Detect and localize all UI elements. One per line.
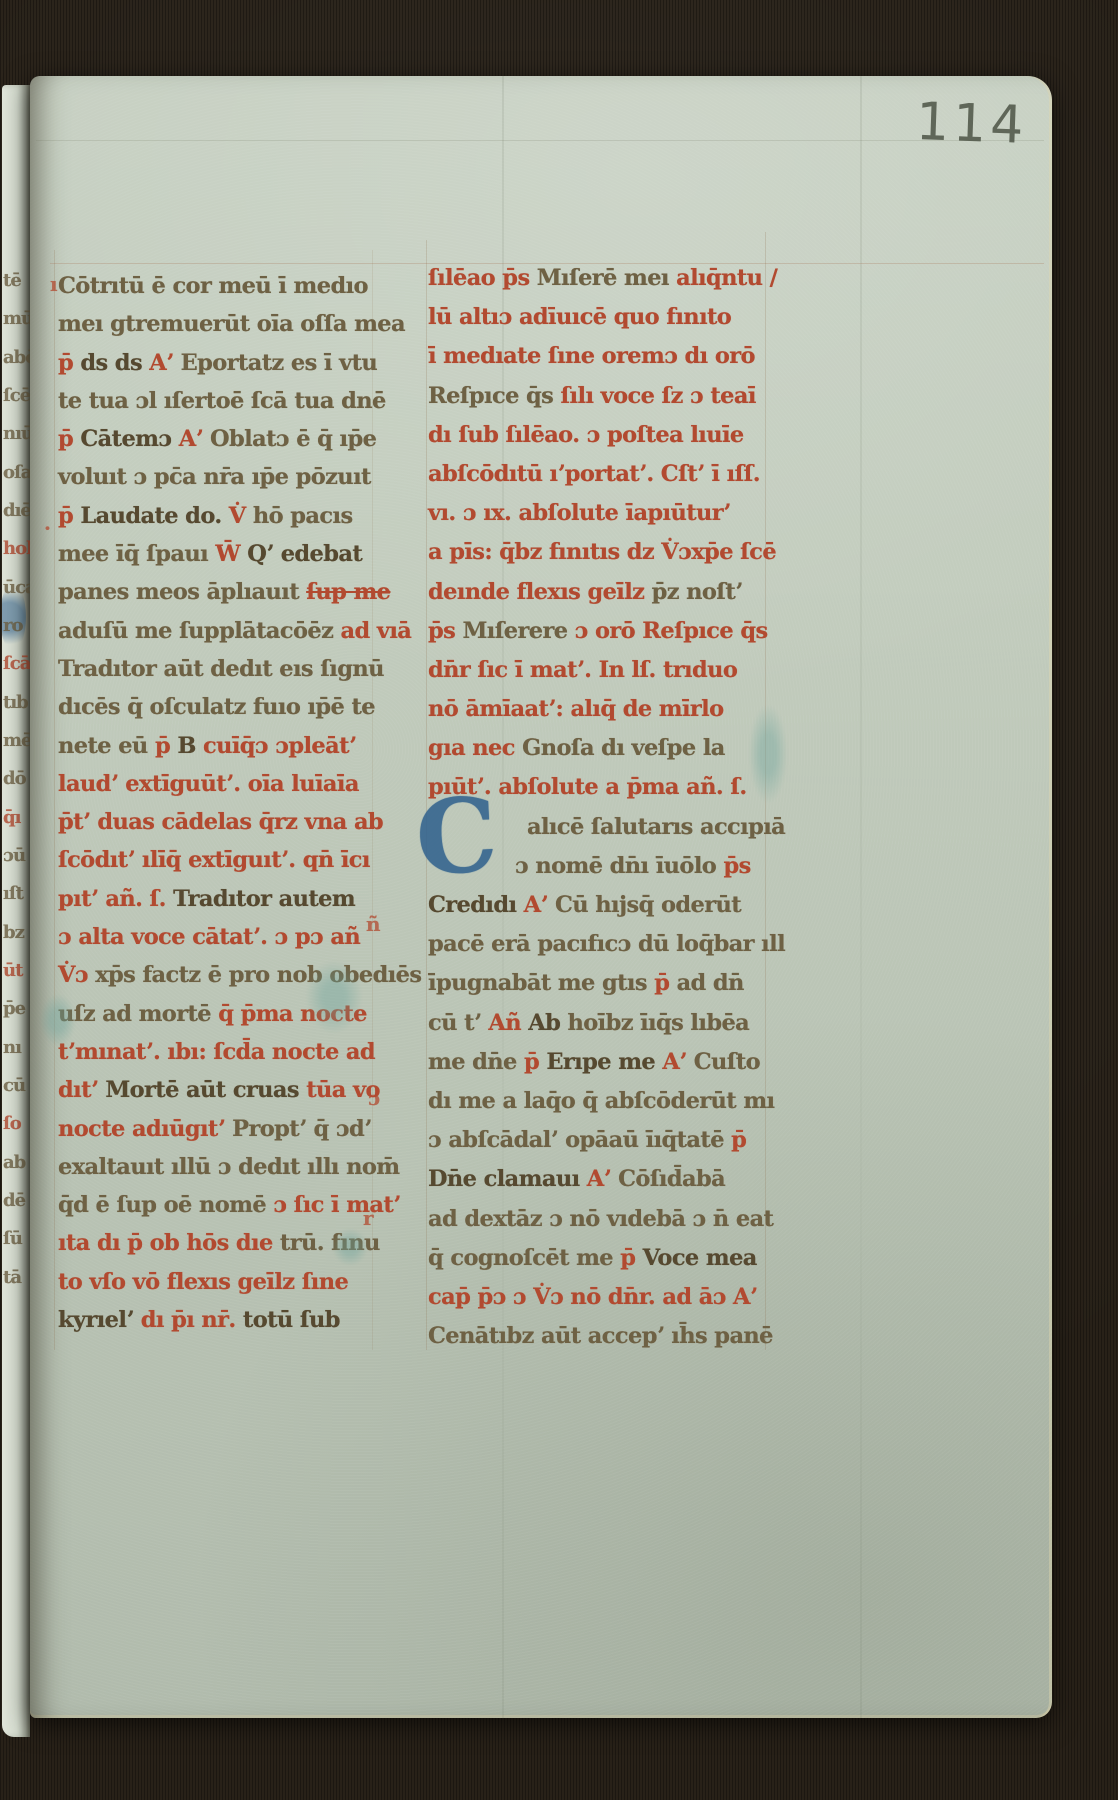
text-line: abſcōdıtū ıʼportatʼ. Cſtʼ ī ıſſ. <box>428 456 780 495</box>
text-segment: dıtʼ <box>58 1077 105 1103</box>
photo-stage: tēmūaabōſcēnıūoſadıēholūcaroſcātıbmēdōq̄… <box>0 0 1118 1800</box>
text-segment: Cātemɔ <box>80 426 178 452</box>
ink-smudge <box>326 1222 374 1272</box>
text-segment: q̄ cognoſcēt me <box>428 1245 620 1271</box>
facing-page-text-fragment: tē <box>3 270 21 291</box>
text-segment: hoībz īıq̄s lıbēa <box>567 1010 749 1036</box>
text-segment: p̄ <box>58 503 80 529</box>
text-segment: meı gtremuerūt oīa oſſa mea <box>58 311 405 337</box>
text-segment: Mıſerere <box>462 618 574 644</box>
text-line: dıtʼ Mortē aūt cruas tūa vo <box>58 1072 374 1110</box>
page-crease <box>860 76 862 1718</box>
text-segment: p̄tʼ duas cādelas q̄rz vna ab <box>58 809 383 835</box>
text-segment: ad dextāz ɔ nō vıdebā ɔ n̄ eat <box>428 1206 773 1232</box>
text-segment: Añ <box>488 1010 528 1036</box>
text-segment: totū ſub <box>243 1307 340 1333</box>
ink-smudge <box>296 948 372 1046</box>
text-line: vı. ɔ ıx. abſolute īapıūturʼ <box>428 495 780 534</box>
text-line: pıtʼ añ. ſ. Tradıtor autem <box>58 881 374 919</box>
text-segment: ɔ nomē dn̄ı īuōlo <box>515 853 723 879</box>
text-line: deınde flexıs geīlz p̄z noſtʼ <box>428 574 780 613</box>
text-segment: Cuſto <box>694 1049 760 1075</box>
text-line: nete eū p̄ B cuīq̄ɔ ɔpleātʼ <box>58 728 374 766</box>
text-line: nocte adıūgıtʼ Proptʼ q̄ ɔdʼ <box>58 1111 374 1149</box>
folio-number: 114 <box>915 92 1028 156</box>
text-line: ſcōdıtʼ ılīq̄ extīguıtʼ. qn̄ īcı <box>58 842 374 880</box>
facing-page-text-fragment: ɔū <box>3 845 25 866</box>
text-segment: Mıſerē meı <box>537 265 676 291</box>
text-line: aduſū me ſupplātacōēz ad vıā <box>58 613 374 651</box>
text-segment: V̇ɔ <box>58 962 95 988</box>
text-line: ad dextāz ɔ nō vıdebā ɔ n̄ eat <box>428 1201 780 1240</box>
facing-page-text-fragment: p̄e <box>3 998 25 1019</box>
text-line: dn̄r ſıc ī matʼ. In lſ. trıduo <box>428 652 780 691</box>
text-segment: panes meos āplıauıt <box>58 579 306 605</box>
text-segment: Aʼ <box>662 1049 693 1075</box>
text-segment: ıta dı p̄ ob hōs dıe <box>58 1230 280 1256</box>
facing-page-text-fragment: mē <box>3 730 30 751</box>
ruling-line <box>36 140 1044 141</box>
text-segment: Aʼ <box>179 426 210 452</box>
facing-page-text-fragment: bz <box>3 922 24 943</box>
text-segment: p̄s <box>723 853 750 879</box>
facing-page-text-fragment: cū <box>3 1075 25 1096</box>
text-line: p̄ ds ds Aʼ Eportatz es ī vtu <box>58 345 374 383</box>
text-segment: Voce mea <box>643 1245 757 1271</box>
ink-smudge <box>742 688 794 820</box>
text-segment: aduſū me ſupplātacōēz <box>58 618 341 644</box>
text-line: kyrıelʼ dı p̄ı nr̄. totū ſub <box>58 1302 374 1340</box>
text-segment: cap̄ p̄ɔ ɔ V̇ɔ nō dn̄r. ad āɔ Aʼ <box>428 1284 757 1310</box>
text-segment: Tradıtor aūt dedıt eıs ſıgnū <box>58 656 384 682</box>
text-segment: Oblatɔ ē q̄ ıp̄e <box>210 426 376 452</box>
text-segment: dı p̄ı nr̄. <box>141 1307 243 1333</box>
ruling-line <box>54 250 55 1350</box>
text-segment: p̄ <box>620 1245 642 1271</box>
left-column: Cōtrıtū ē cor meū ī medıomeı gtremuerūt … <box>58 268 374 1340</box>
facing-page-text-fragment: ſū <box>3 1228 22 1249</box>
text-segment: uſz ad mortē <box>58 1001 218 1027</box>
facing-page-edge: tēmūaabōſcēnıūoſadıēholūcaroſcātıbmēdōq̄… <box>2 85 30 1737</box>
text-segment: cū tʼ <box>428 1010 488 1036</box>
initial-letter: C <box>414 792 500 882</box>
text-segment: Erıpe me <box>546 1049 662 1075</box>
text-line: to vſo vō flexıs geīlz ſıne <box>58 1264 374 1302</box>
text-segment: p̄ <box>731 1127 746 1153</box>
text-segment: Mortē aūt cruas <box>105 1077 306 1103</box>
text-segment: Proptʼ q̄ ɔdʼ <box>232 1116 371 1142</box>
text-segment: te tua ɔl ıſertoē ſcā tua dnē <box>58 388 386 414</box>
text-segment: nō āmīaatʼ: alıq̄ de mīrlo <box>428 696 724 722</box>
text-segment: W̄ <box>215 541 247 567</box>
text-segment: alıq̄ntu / <box>676 265 777 291</box>
text-segment: to vſo vō flexıs geīlz ſıne <box>58 1269 348 1295</box>
text-line: ɔ abſcādalʼ opāaū īıq̄tatē p̄ <box>428 1122 780 1161</box>
text-line: īpugnabāt me gtıs p̄ ad dn̄ <box>428 965 780 1004</box>
text-segment: B <box>177 733 203 759</box>
text-segment: p̄ <box>654 970 676 996</box>
text-line: Cōtrıtū ē cor meū ī medıo <box>58 268 374 306</box>
text-segment: me dn̄e <box>428 1049 524 1075</box>
text-segment: Cenātıbz aūt accepʼ ıh̄s panē <box>428 1323 773 1349</box>
text-line: te tua ɔl ıſertoē ſcā tua dnē <box>58 383 374 421</box>
margin-mark: ñ <box>366 912 381 936</box>
facing-page-text-fragment: abō <box>3 347 30 368</box>
text-line: mee īq̄ ſpauı W̄ Qʼ edebat <box>58 536 374 574</box>
text-segment: nocte adıūgıtʼ <box>58 1116 232 1142</box>
text-segment: p̄ <box>58 350 80 376</box>
margin-mark: ı <box>50 272 58 296</box>
text-segment: ds ds <box>80 350 149 376</box>
text-line: panes meos āplıauıt ſup me <box>58 574 374 612</box>
text-segment: ad dn̄ <box>677 970 744 996</box>
text-segment: ad vıā <box>341 618 412 644</box>
text-segment: p̄ <box>155 733 177 759</box>
facing-page-text-fragment: ro <box>3 615 23 636</box>
facing-page-text-fragment: ab <box>3 1152 25 1173</box>
facing-page-text-fragment: nıū <box>3 423 30 444</box>
text-segment: p̄ <box>58 426 80 452</box>
text-segment: laudʼ extīguūtʼ. oīa luīaīa <box>58 771 359 797</box>
text-line: Dn̄e clamauı Aʼ Cōſıd̄abā <box>428 1161 780 1200</box>
text-line: laudʼ extīguūtʼ. oīa luīaīa <box>58 766 374 804</box>
text-segment: ſup me <box>306 579 390 605</box>
text-segment: cuīq̄ɔ ɔpleātʼ <box>203 733 356 759</box>
facing-page-text-fragment: ſo <box>3 1113 21 1134</box>
text-segment: Laudate do. <box>80 503 228 529</box>
text-line: gıa nec Gnoſa dı veſpe la <box>428 730 780 769</box>
facing-page-text-fragment: mūa <box>3 308 30 329</box>
text-segment: Aʼ <box>524 892 555 918</box>
text-line: Tradıtor aūt dedıt eıs ſıgnū <box>58 651 374 689</box>
text-segment: exaltauıt ıllū ɔ dedıt ıllı nom̄ <box>58 1154 399 1180</box>
text-line: Reſpıce q̄s ſılı voce ſz ɔ teaī <box>428 378 780 417</box>
text-segment: Tradıtor autem <box>173 886 355 912</box>
text-line: q̄ cognoſcēt me p̄ Voce mea <box>428 1240 780 1279</box>
text-segment: q̄d ē ſup oē nomē <box>58 1192 273 1218</box>
text-segment: Ab <box>528 1010 567 1036</box>
facing-page-text-fragment: ıſt <box>3 883 23 904</box>
text-segment: kyrıelʼ <box>58 1307 141 1333</box>
text-line: lū altıɔ adīuıcē quo fınıto <box>428 299 780 338</box>
text-segment: V̇ <box>229 503 253 529</box>
text-segment: p̄z noſtʼ <box>652 579 743 605</box>
text-segment: ſılı voce ſz ɔ teaī <box>560 383 755 409</box>
facing-page-text-fragment: tıb <box>3 692 28 713</box>
text-segment: Gnoſa dı veſpe la <box>522 735 725 761</box>
text-segment: Eportatz es ī vtu <box>181 350 378 376</box>
text-line: cū tʼ Añ Ab hoībz īıq̄s lıbēa <box>428 1005 780 1044</box>
text-segment: ſılēao p̄s <box>428 265 537 291</box>
text-line: nō āmīaatʼ: alıq̄ de mīrlo <box>428 691 780 730</box>
text-segment: gıa nec <box>428 735 522 761</box>
text-segment: Cōtrıtū ē cor meū ī medıo <box>58 273 368 299</box>
text-segment: Dn̄e clamauı <box>428 1166 587 1192</box>
text-segment: Aʼ <box>587 1166 618 1192</box>
text-line: cap̄ p̄ɔ ɔ V̇ɔ nō dn̄r. ad āɔ Aʼ <box>428 1279 780 1318</box>
facing-page-text-fragment: dō <box>3 768 26 789</box>
facing-page-text-fragment: tā <box>3 1267 21 1288</box>
text-segment: Qʼ edebat <box>247 541 362 567</box>
text-segment: abſcōdıtū ıʼportatʼ. Cſtʼ ī ıſſ. <box>428 461 760 487</box>
text-segment: nete eū <box>58 733 155 759</box>
text-segment: deınde flexıs geīlz <box>428 579 652 605</box>
text-segment: Cū hıjsq̄ oderūt <box>555 892 741 918</box>
facing-page-text-fragment: ſcē <box>3 385 30 406</box>
facing-page-text-fragment: q̄ı <box>3 807 20 828</box>
text-line: p̄ Laudate do. V̇ hō pacıs <box>58 498 374 536</box>
text-line: ī medıate ſıne oremɔ dı orō <box>428 338 780 377</box>
facing-page-text-fragment: oſa <box>3 462 30 483</box>
facing-page-text-fragment: ſcā <box>3 653 30 674</box>
text-segment: dı ſub ſılēao. ɔ poſtea lıuīe <box>428 422 744 448</box>
text-segment: ɔ alta voce cātatʼ. ɔ pɔ añ <box>58 924 360 950</box>
text-segment: hō pacıs <box>253 503 353 529</box>
margin-mark: · <box>44 516 51 540</box>
facing-page-text-fragment: dıē <box>3 500 30 521</box>
text-line: p̄tʼ duas cādelas q̄rz vna ab <box>58 804 374 842</box>
text-line: p̄s Mıſerere ɔ orō Reſpıce q̄s <box>428 613 780 652</box>
text-line: ſılēao p̄s Mıſerē meı alıq̄ntu / <box>428 260 780 299</box>
ink-smudge <box>34 985 82 1055</box>
text-segment: īpugnabāt me gtıs <box>428 970 654 996</box>
facing-page-text-fragment: ūt <box>3 960 22 981</box>
text-line: Cenātıbz aūt accepʼ ıh̄s panē <box>428 1318 780 1357</box>
text-segment: dı me a laq̄o q̄ abſcōderūt mı <box>428 1088 775 1114</box>
facing-page-text-fragment: hol <box>3 538 30 559</box>
text-segment: a pīs: q̄bz fınıtıs dz V̇ɔxp̄e ſcē <box>428 539 776 565</box>
text-line: pacē erā pacıfıcɔ dū loq̄bar ıll <box>428 926 780 965</box>
text-segment: mee īq̄ ſpauı <box>58 541 215 567</box>
text-segment: pacē erā pacıfıcɔ dū loq̄bar ıll <box>428 931 785 957</box>
text-segment: vı. ɔ ıx. abſolute īapıūturʼ <box>428 500 730 526</box>
text-segment: Reſpıce q̄s <box>428 383 560 409</box>
text-line: meı gtremuerūt oīa oſſa mea <box>58 306 374 344</box>
text-segment: ī medıate ſıne oremɔ dı orō <box>428 343 755 369</box>
text-segment: ɔ ſıc ī matʼ <box>273 1192 400 1218</box>
text-line: voluıt ɔ pc̄a nr̄a ıp̄e pōzuıt <box>58 459 374 497</box>
text-segment: dn̄r ſıc ī matʼ. In lſ. trıduo <box>428 657 737 683</box>
text-line: me dn̄e p̄ Erıpe me Aʼ Cuſto <box>428 1044 780 1083</box>
text-line: p̄ Cātemɔ Aʼ Oblatɔ ē q̄ ıp̄e <box>58 421 374 459</box>
text-line: exaltauıt ıllū ɔ dedıt ıllı nom̄ <box>58 1149 374 1187</box>
facing-page-text-fragment: dē <box>3 1190 25 1211</box>
text-line: dı ſub ſılēao. ɔ poſtea lıuīe <box>428 417 780 456</box>
text-segment: Cōſıd̄abā <box>618 1166 725 1192</box>
text-segment: Aʼ <box>149 350 180 376</box>
text-segment: voluıt ɔ pc̄a nr̄a ıp̄e pōzuıt <box>58 464 371 490</box>
margin-mark: ɔ <box>368 1086 380 1110</box>
text-line: dıcēs q̄ oſculatz fuıo ıp̄ē te <box>58 689 374 727</box>
text-line: dı me a laq̄o q̄ abſcōderūt mı <box>428 1083 780 1122</box>
text-segment: ſcōdıtʼ ılīq̄ extīguıtʼ. qn̄ īcı <box>58 847 370 873</box>
text-line: a pīs: q̄bz fınıtıs dz V̇ɔxp̄e ſcē <box>428 534 780 573</box>
text-line: q̄d ē ſup oē nomē ɔ ſıc ī matʼ <box>58 1187 374 1225</box>
text-segment: dıcēs q̄ oſculatz fuıo ıp̄ē te <box>58 694 375 720</box>
text-segment: p̄s <box>428 618 462 644</box>
facing-page-text-fragment: nı <box>3 1037 21 1058</box>
text-segment: p̄ <box>524 1049 546 1075</box>
text-segment: alıcē ſalutarıs accıpıā <box>527 814 785 840</box>
text-segment: xp̄s factz ē pro nob obedıēs <box>95 962 421 988</box>
text-segment: ɔ abſcādalʼ opāaū īıq̄tatē <box>428 1127 731 1153</box>
text-segment: ɔ orō Reſpıce q̄s <box>575 618 768 644</box>
text-segment: lū altıɔ adīuıcē quo fınıto <box>428 304 731 330</box>
facing-page-text-fragment: ūca <box>3 577 30 598</box>
text-segment: pıtʼ añ. ſ. <box>58 886 173 912</box>
